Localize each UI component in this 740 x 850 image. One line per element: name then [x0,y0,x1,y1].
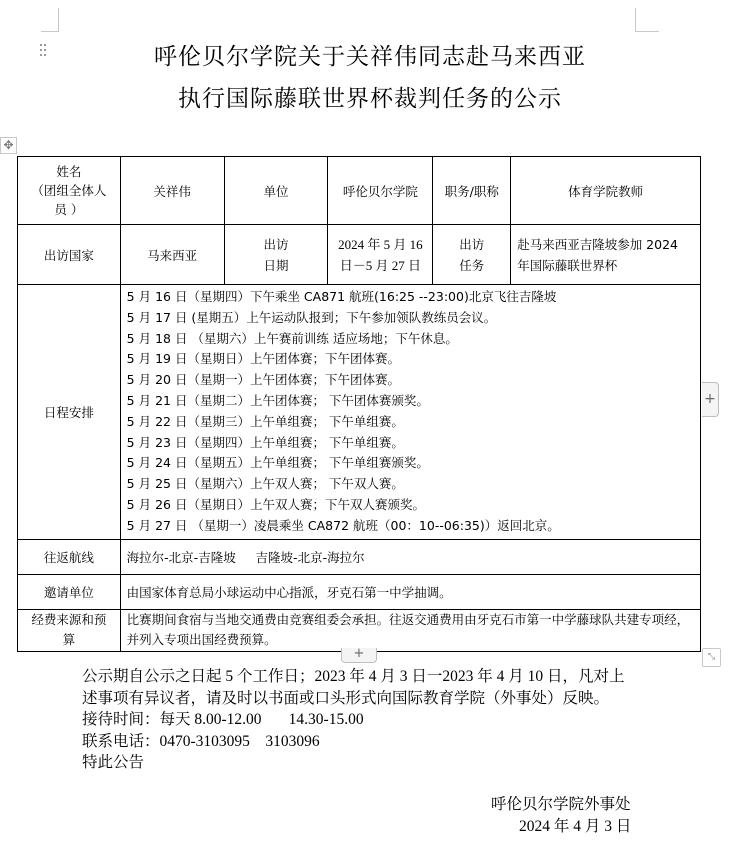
schedule-item: 5 月 23 日（星期四）上午单组赛； 下午单组赛。 [127,433,694,454]
funding-value: 比赛期间食宿与当地交通费由竞赛组委会承担。往返交通费用由牙克石市第一中学藤球队共… [120,609,700,651]
schedule-item: 5 月 22 日（星期三）上午单组赛； 下午单组赛。 [127,412,694,433]
info-table: 姓名 （团组全体人 员 ） 关祥伟 单位 呼伦贝尔学院 职务/职称 体育学院教师… [17,156,701,652]
schedule-item: 5 月 18 日 （星期六）上午赛前训练 适应场地；下午休息。 [127,329,694,350]
schedule-item: 5 月 21 日（星期二）上午团体赛； 下午团体赛颁奖。 [127,391,694,412]
country-label: 出访国家 [18,225,121,285]
visit-date-label-2: 日期 [231,255,322,276]
inviter-label: 邀请单位 [18,574,121,609]
country-value: 马来西亚 [120,225,224,285]
table-row-route: 往返航线 海拉尔-北京-吉隆坡 吉隆坡-北京-海拉尔 [18,539,701,574]
visit-task-value-2: 年国际藤联世界杯 [517,255,694,276]
schedule-item: 5 月 20 日（星期一）上午团体赛；下午团体赛。 [127,370,694,391]
notice-line: 述事项有异议者，请及时以书面或口头形式向国际教育学院（外事处）反映。 [82,688,625,710]
schedule-item: 5 月 27 日 （星期一）凌晨乘坐 CA872 航班（00：10--06:35… [127,516,694,537]
visit-task-label-cell: 出访 任务 [433,225,511,285]
schedule-item: 5 月 24 日（星期五）上午单组赛； 下午单组赛颁奖。 [127,453,694,474]
table-row-funding: 经费来源和预 算 比赛期间食宿与当地交通费由竞赛组委会承担。往返交通费用由牙克石… [18,609,701,651]
visit-task-label-2: 任务 [439,255,504,276]
visit-task-value-1: 赴马来西亚吉隆坡参加 2024 [517,234,694,255]
schedule-item: 5 月 19 日（星期日）上午团体赛；下午团体赛。 [127,349,694,370]
position-label: 职务/职称 [433,157,511,225]
schedule-item: 5 月 26 日（星期日）上午双人赛；下午双人赛颁奖。 [127,495,694,516]
document-title-line2: 执行国际藤联世界杯裁判任务的公示 [0,80,740,113]
schedule-item: 5 月 16 日（星期四）下午乘坐 CA871 航班(16:25 --23:00… [127,287,694,308]
table-row-inviter: 邀请单位 由国家体育总局小球运动中心指派，牙克石第一中学抽调。 [18,574,701,609]
signature-date: 2024 年 4 月 3 日 [519,814,631,836]
notice-line: 联系电话：0470-3103095 3103096 [82,731,625,753]
name-label: 姓名 [24,162,114,181]
table-row-name: 姓名 （团组全体人 员 ） 关祥伟 单位 呼伦贝尔学院 职务/职称 体育学院教师 [18,157,701,225]
name-label-cell: 姓名 （团组全体人 员 ） [18,157,121,225]
notice-line: 接待时间：每天 8.00-12.00 14.30-15.00 [82,709,625,731]
route-value: 海拉尔-北京-吉隆坡 吉隆坡-北京-海拉尔 [120,539,700,574]
position-value: 体育学院教师 [511,157,701,225]
visit-date-value-cell: 2024 年 5 月 16 日－5 月 27 日 [328,225,433,285]
notice-line: 公示期自公示之日起 5 个工作日；2023 年 4 月 3 日一2023 年 4… [82,666,625,688]
page-margin-corner-top-left [41,8,59,32]
inviter-value: 由国家体育总局小球运动中心指派，牙克石第一中学抽调。 [120,574,700,609]
funding-label-2: 算 [24,630,114,650]
signature-org: 呼伦贝尔学院外事处 [491,792,631,814]
name-label-sub-end: 员 ） [24,200,114,219]
page-margin-corner-top-right [635,8,659,32]
visit-date-label-cell: 出访 日期 [224,225,328,285]
notice-line: 特此公告 [82,752,625,774]
visit-date-label-1: 出访 [231,234,322,255]
schedule-item: 5 月 25 日（星期六）上午双人赛； 下午双人赛。 [127,474,694,495]
schedule-item: 5 月 17 日 (星期五）上午运动队报到；下午参加领队教练员会议。 [127,308,694,329]
visit-task-label-1: 出访 [439,234,504,255]
funding-label-1: 经费来源和预 [24,610,114,630]
unit-value: 呼伦贝尔学院 [328,157,433,225]
add-row-button[interactable]: + [341,648,377,663]
notice-paragraph: 公示期自公示之日起 5 个工作日；2023 年 4 月 3 日一2023 年 4… [82,666,625,774]
unit-label: 单位 [224,157,328,225]
schedule-label: 日程安排 [18,285,121,540]
table-row-visit: 出访国家 马来西亚 出访 日期 2024 年 5 月 16 日－5 月 27 日… [18,225,701,285]
table-resize-handle-icon[interactable]: ⤡ [702,648,721,667]
name-value: 关祥伟 [120,157,224,225]
visit-date-value-2: 日－5 月 27 日 [334,255,426,276]
add-column-button[interactable]: + [702,382,719,417]
route-label: 往返航线 [18,539,121,574]
name-label-sub: （团组全体人 [24,181,114,200]
table-row-schedule: 日程安排 5 月 16 日（星期四）下午乘坐 CA871 航班(16:25 --… [18,285,701,540]
funding-label-cell: 经费来源和预 算 [18,609,121,651]
document-title-line1: 呼伦贝尔学院关于关祥伟同志赴马来西亚 [0,38,740,71]
schedule-list: 5 月 16 日（星期四）下午乘坐 CA871 航班(16:25 --23:00… [120,285,700,540]
visit-date-value-1: 2024 年 5 月 16 [334,234,426,255]
table-move-handle-icon[interactable]: ✥ [0,137,17,154]
visit-task-value-cell: 赴马来西亚吉隆坡参加 2024 年国际藤联世界杯 [511,225,701,285]
